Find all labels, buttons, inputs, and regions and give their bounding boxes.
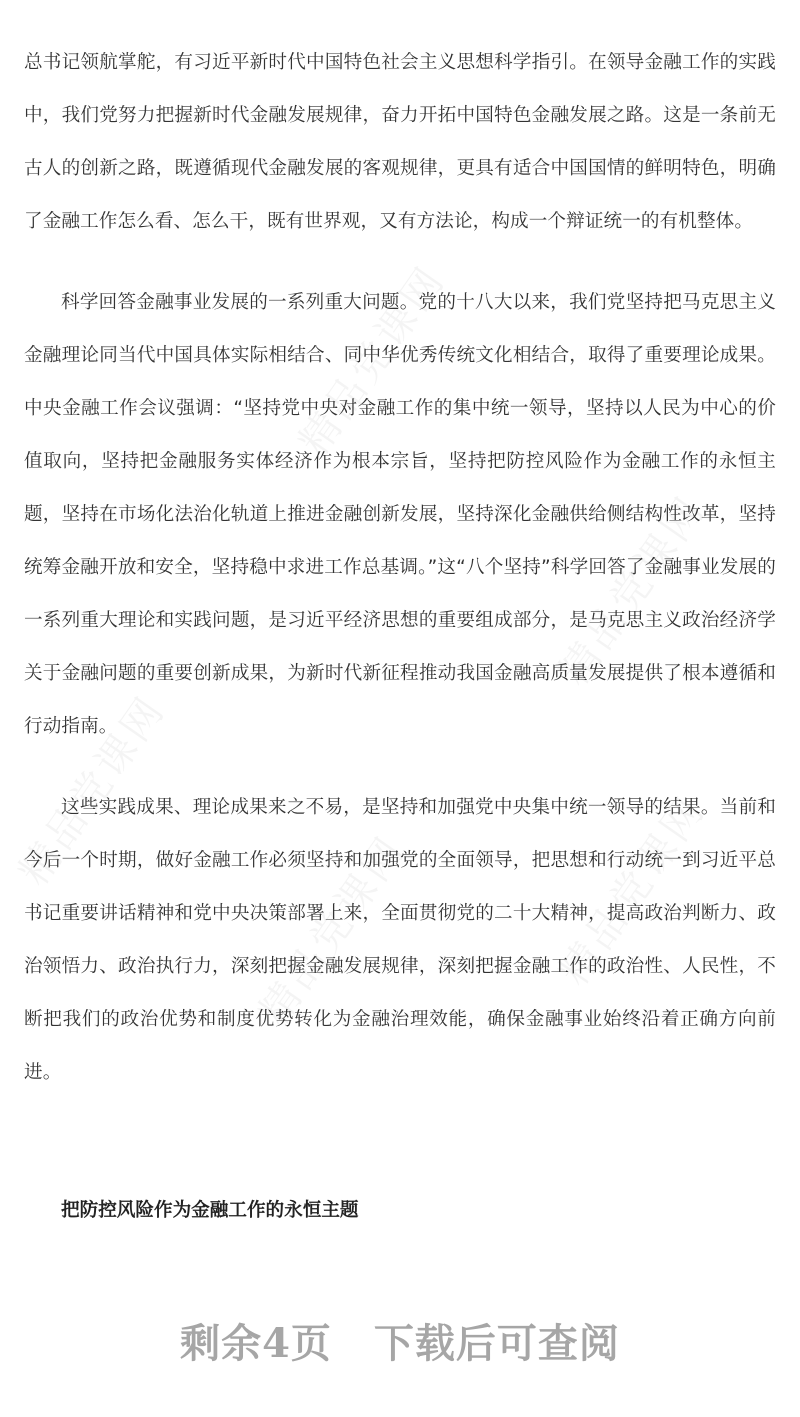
remaining-pages-label: 剩余4页 (180, 1320, 332, 1367)
document-body: 总书记领航掌舵，有习近平新时代中国特色社会主义思想科学指引。在领导金融工作的实践… (24, 36, 776, 1099)
paragraph-1: 总书记领航掌舵，有习近平新时代中国特色社会主义思想科学指引。在领导金融工作的实践… (24, 36, 776, 248)
paragraph-3: 这些实践成果、理论成果来之不易，是坚持和加强党中央集中统一领导的结果。当前和今后… (24, 781, 776, 1099)
paragraph-2: 科学回答金融事业发展的一系列重大问题。党的十八大以来，我们党坚持把马克思主义金融… (24, 276, 776, 753)
section-heading: 把防控风险作为金融工作的永恒主题 (61, 1196, 359, 1226)
download-to-view-label[interactable]: 下载后可查阅 (374, 1320, 620, 1367)
document-page: 精品党课网 精品党课网 精品党课网 精品党课网 精品党课网 总书记领航掌舵，有习… (0, 0, 800, 1417)
download-banner[interactable]: 剩余4页下载后可查阅 (0, 1312, 800, 1369)
